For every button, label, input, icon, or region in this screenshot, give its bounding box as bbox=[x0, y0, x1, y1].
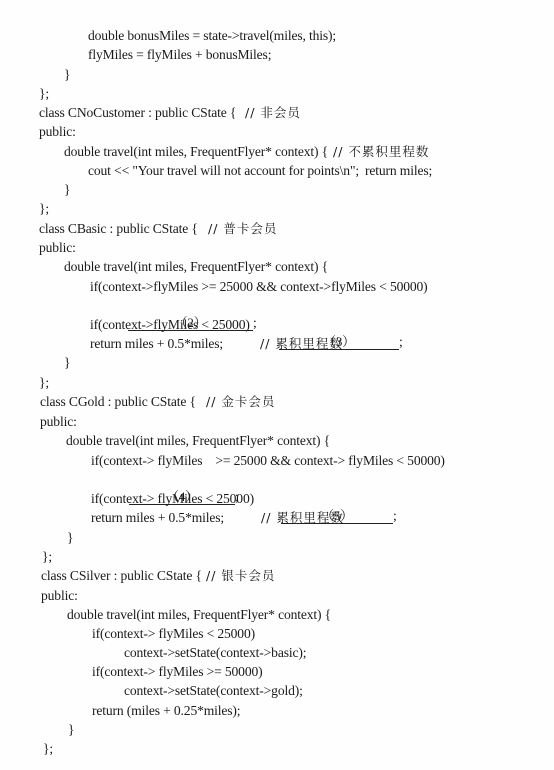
code-comment: // 非会员 bbox=[245, 104, 301, 122]
code-line: } bbox=[64, 354, 70, 372]
code-comment: // 累积里程数 bbox=[260, 335, 343, 353]
code-line: flyMiles = flyMiles + bonusMiles; bbox=[88, 46, 271, 64]
code-line: }; bbox=[39, 200, 49, 218]
code-line: } bbox=[68, 721, 74, 739]
code-line: double travel(int miles, FrequentFlyer* … bbox=[64, 143, 328, 161]
code-line: return miles + 0.5*miles; bbox=[91, 509, 224, 527]
code-line: } bbox=[64, 66, 70, 84]
class-declaration-cnocustomer: class CNoCustomer : public CState { bbox=[39, 104, 236, 122]
fill-in-blank-3: （3）; bbox=[266, 315, 403, 333]
code-line: if(context->flyMiles >= 25000 && context… bbox=[90, 278, 428, 296]
code-comment: // 累积里程数 bbox=[261, 509, 344, 527]
code-line: } bbox=[67, 529, 73, 547]
code-line: cout << "Your travel will not account fo… bbox=[88, 162, 359, 180]
code-comment: // 金卡会员 bbox=[206, 393, 275, 411]
code-line: }; bbox=[42, 548, 52, 566]
document-page: double bonusMiles = state->travel(miles,… bbox=[0, 0, 554, 770]
code-line: double travel(int miles, FrequentFlyer* … bbox=[64, 258, 328, 276]
code-line: public: bbox=[41, 587, 78, 605]
semicolon: ; bbox=[399, 333, 403, 351]
code-line: if(context-> flyMiles >= 25000 && contex… bbox=[91, 452, 445, 470]
fill-in-blank-5: （5）; bbox=[268, 489, 397, 507]
semicolon: ; bbox=[253, 314, 257, 332]
code-line: return miles; bbox=[365, 162, 432, 180]
code-line: if(context->flyMiles < 25000) bbox=[90, 316, 250, 334]
semicolon: ; bbox=[393, 507, 397, 525]
code-line: public: bbox=[39, 123, 76, 141]
code-line: return (miles + 0.25*miles); bbox=[92, 702, 240, 720]
fill-in-blank-4: （4）; bbox=[116, 470, 239, 488]
class-declaration-cgold: class CGold : public CState { bbox=[40, 393, 196, 411]
code-line: }; bbox=[39, 85, 49, 103]
code-comment: // 不累积里程数 bbox=[333, 143, 429, 161]
class-declaration-cbasic: class CBasic : public CState { bbox=[39, 220, 198, 238]
class-declaration-csilver: class CSilver : public CState { bbox=[41, 567, 202, 585]
code-comment: // 普卡会员 bbox=[208, 220, 277, 238]
code-line: public: bbox=[39, 239, 76, 257]
code-line: double bonusMiles = state->travel(miles,… bbox=[88, 27, 336, 45]
code-line: }; bbox=[39, 374, 49, 392]
fill-in-blank-2: （2）; bbox=[115, 296, 257, 314]
code-line: double travel(int miles, FrequentFlyer* … bbox=[67, 606, 331, 624]
code-line: if(context-> flyMiles < 25000) bbox=[92, 625, 255, 643]
code-line: context->setState(context->basic); bbox=[124, 644, 306, 662]
code-line: public: bbox=[40, 413, 77, 431]
code-line: return miles + 0.5*miles; bbox=[90, 335, 223, 353]
code-line: if(context-> flyMiles < 25000) bbox=[91, 490, 254, 508]
code-line: if(context-> flyMiles >= 50000) bbox=[92, 663, 263, 681]
code-line: }; bbox=[43, 740, 53, 758]
code-line: double travel(int miles, FrequentFlyer* … bbox=[66, 432, 330, 450]
code-line: context->setState(context->gold); bbox=[124, 682, 303, 700]
code-comment: // 银卡会员 bbox=[206, 567, 275, 585]
code-line: } bbox=[64, 181, 70, 199]
